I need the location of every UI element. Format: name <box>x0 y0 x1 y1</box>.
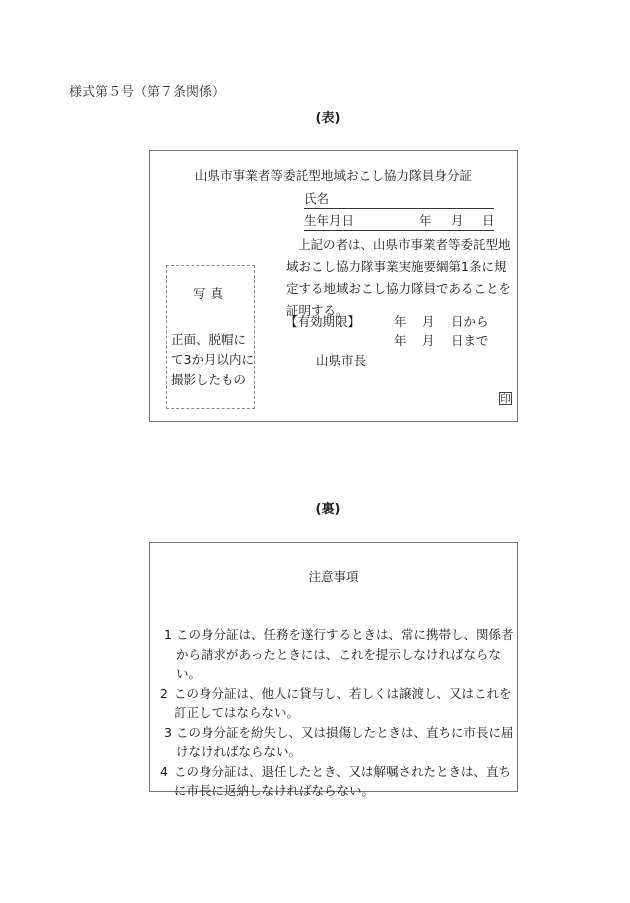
seal-icon: 印 <box>499 392 512 405</box>
validity-to-year: 年 <box>394 332 407 350</box>
validity-from-day: 日から <box>451 313 489 331</box>
birthdate-field: 生年月日 年 月 日 <box>304 213 494 231</box>
validity-to-day: 日まで <box>451 332 489 350</box>
birthdate-day-label: 日 <box>482 213 495 229</box>
note-item: 4 この身分証は、退任したとき、又は解嘱されたときは、直ちに市長に返納しなければ… <box>160 762 516 801</box>
photo-title: 写真 <box>167 284 254 302</box>
validity-from-month: 月 <box>422 313 435 331</box>
validity-to-month: 月 <box>422 332 435 350</box>
note-number: 4 <box>160 762 168 782</box>
note-text: この身分証を紛失し、又は損傷したときは、直ちに市長に届けなければならない。 <box>176 725 514 760</box>
note-number: 2 <box>160 684 168 704</box>
note-text: この身分証は、任務を遂行するときは、常に携帯し、関係者から請求があったときには、… <box>176 627 514 681</box>
birthdate-label: 生年月日 <box>304 213 354 229</box>
validity-label: 【有効期限】 <box>285 313 360 331</box>
certification-statement: 上記の者は、山県市事業者等委託型地域おこし協力隊事業実施要綱第1条に規定する地域… <box>286 234 518 322</box>
note-number: 1 <box>164 625 172 645</box>
note-item: 2 この身分証は、他人に貸与し、若しくは譲渡し、又はこれを訂正してはならない。 <box>160 684 516 723</box>
notes-title: 注意事項 <box>150 567 517 585</box>
issuer-name: 山県市長 <box>316 352 366 370</box>
note-item: 3 この身分証を紛失し、又は損傷したときは、直ちに市長に届けなければならない。 <box>160 723 516 762</box>
name-field: 氏名 <box>304 191 494 209</box>
birthdate-month-label: 月 <box>451 213 464 229</box>
note-number: 3 <box>164 723 172 743</box>
note-text: この身分証は、退任したとき、又は解嘱されたときは、直ちに市長に返納しなければなら… <box>174 764 511 799</box>
id-card-front: 山県市事業者等委託型地域おこし協力隊員身分証 氏名 生年月日 年 月 日 上記の… <box>149 150 518 422</box>
birthdate-year-label: 年 <box>419 213 432 229</box>
back-side-label: (裏) <box>13 498 630 517</box>
validity-from-year: 年 <box>394 313 407 331</box>
front-side-label: (表) <box>13 107 630 126</box>
name-label: 氏名 <box>304 191 329 206</box>
form-number: 様式第５号（第７条関係） <box>69 81 225 100</box>
card-title: 山県市事業者等委託型地域おこし協力隊員身分証 <box>150 166 517 184</box>
photo-placeholder: 写真 正面、脱帽にて3か月以内に撮影したもの <box>166 265 255 409</box>
notes-list: 1 この身分証は、任務を遂行するときは、常に携帯し、関係者から請求があったときに… <box>160 625 516 801</box>
id-card-back: 注意事項 1 この身分証は、任務を遂行するときは、常に携帯し、関係者から請求があ… <box>149 542 518 792</box>
photo-requirements: 正面、脱帽にて3か月以内に撮影したもの <box>171 330 255 390</box>
note-text: この身分証は、他人に貸与し、若しくは譲渡し、又はこれを訂正してはならない。 <box>174 686 512 721</box>
note-item: 1 この身分証は、任務を遂行するときは、常に携帯し、関係者から請求があったときに… <box>160 625 516 684</box>
